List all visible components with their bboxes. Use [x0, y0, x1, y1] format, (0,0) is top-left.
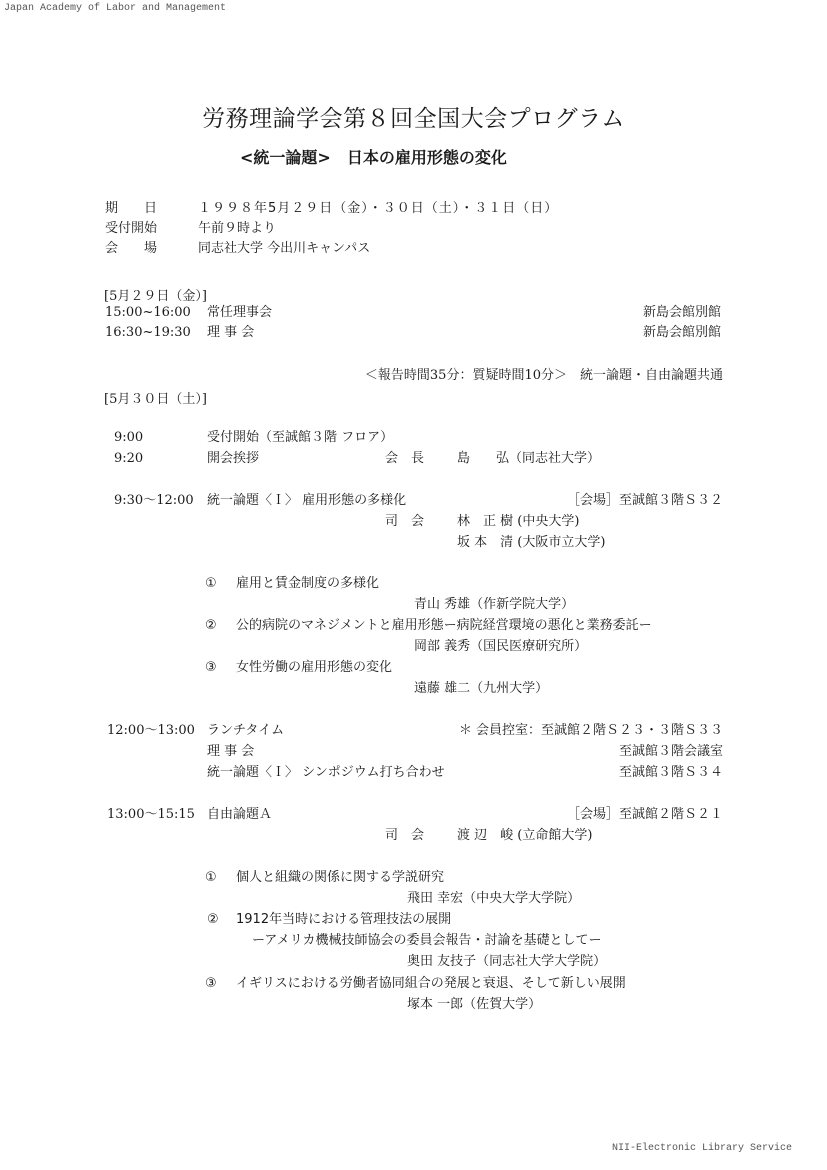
- paper-number: ③: [205, 976, 217, 992]
- opening-title: 開会挨拶: [207, 451, 259, 467]
- paper-title: 個人と組織の関係に関する学説研究: [236, 870, 444, 886]
- info-value-venue: 同志社大学 今出川キャンパス: [198, 241, 370, 257]
- page-title: 労務理論学会第８回全国大会プログラム: [0, 100, 827, 133]
- paper-author: 飛田 幸宏（中央大学大学院）: [407, 891, 580, 907]
- paper-title: 女性労働の雇用形態の変化: [236, 660, 392, 676]
- opening-person: 島 弘（同志社大学）: [457, 451, 600, 467]
- session2-venue: ［会場］至誠館２階Ｓ２１: [567, 807, 723, 823]
- paper-author: 奥田 友技子（同志社大学大学院）: [407, 954, 606, 970]
- report-time-note: ＜報告時間35分：質疑時間10分＞ 統一論題・自由論題共通: [365, 368, 723, 384]
- info-label-date: 期 日: [105, 201, 157, 217]
- paper-author: 遠藤 雄二（九州大学）: [414, 681, 548, 697]
- day1-event-time: 16:30~19:30: [105, 325, 191, 341]
- session1-time: 9:30～12:00: [114, 493, 194, 509]
- source-header: Japan Academy of Labor and Management: [4, 3, 226, 14]
- lunch-time: 12:00～13:00: [107, 723, 195, 739]
- paper-author: 岡部 義秀（国民医療研究所）: [414, 639, 587, 655]
- day1-event-time: 15:00~16:00: [105, 305, 191, 321]
- day1-event-place: 新島会館別館: [643, 305, 721, 321]
- day2-heading: [5月３０日（土）]: [104, 388, 207, 407]
- opening-time: 9:00: [114, 430, 143, 446]
- lunch-item-place: 至誠館３階会議室: [619, 744, 723, 760]
- opening-title: 受付開始（至誠館３階 フロア）: [207, 430, 393, 446]
- info-value-date: １９９８年5月２９日（金）・３０日（土）・３１日（日）: [198, 201, 558, 217]
- lunch-item-place: ＊ 会員控室：至誠館２階Ｓ２３・３階Ｓ３３: [459, 723, 723, 739]
- paper-title: 1912年当時における管理技法の展開: [236, 912, 451, 928]
- info-value-reception: 午前９時より: [198, 221, 276, 237]
- info-label-venue: 会 場: [105, 241, 157, 257]
- lunch-item-title: ランチタイム: [207, 723, 284, 739]
- opening-role: 会 長: [385, 451, 424, 467]
- session2-chair-label: 司 会: [385, 828, 424, 844]
- paper-number: ②: [205, 618, 217, 634]
- day1-heading: [5月２９日（金）]: [104, 285, 207, 304]
- page-subtitle: <統一論題> 日本の雇用形態の変化: [240, 145, 507, 168]
- paper-title: 雇用と賃金制度の多様化: [236, 576, 379, 592]
- session1-venue: ［会場］至誠館３階Ｓ３２: [567, 493, 723, 509]
- session2-chair: 渡 辺 峻 (立命館大学): [457, 828, 592, 844]
- session1-chair: 坂 本 清 (大阪市立大学): [457, 535, 605, 551]
- paper-title: 公的病院のマネジメントと雇用形態ー病院経営環境の悪化と業務委託ー: [236, 618, 652, 634]
- session1-title: 統一論題〈Ｉ〉 雇用形態の多様化: [207, 493, 406, 509]
- session2-title: 自由論題Ａ: [207, 807, 272, 823]
- paper-title: イギリスにおける労働者協同組合の発展と衰退、そして新しい展開: [236, 976, 626, 992]
- session1-chair-label: 司 会: [385, 514, 424, 530]
- day1-event-title: 理 事 会: [207, 325, 254, 341]
- session1-chair: 林 正 樹 (中央大学): [457, 514, 579, 530]
- paper-number: ③: [205, 660, 217, 676]
- day1-event-place: 新島会館別館: [643, 325, 721, 341]
- day1-event-title: 常任理事会: [207, 305, 272, 321]
- paper-number: ①: [205, 870, 217, 886]
- session2-time: 13:00～15:15: [107, 807, 195, 823]
- lunch-item-place: 至誠館３階Ｓ３４: [619, 765, 723, 781]
- paper-author: 青山 秀雄（作新学院大学）: [414, 597, 574, 613]
- paper-subtitle: ーアメリカ機械技師協会の委員会報告・討論を基礎としてー: [252, 933, 601, 949]
- lunch-item-title: 統一論題〈Ｉ〉 シンポジウム打ち合わせ: [207, 765, 445, 781]
- paper-author: 塚本 一郎（佐賀大学）: [407, 997, 541, 1013]
- service-footer: NII-Electronic Library Service: [612, 1143, 792, 1154]
- opening-time: 9:20: [114, 451, 143, 467]
- paper-number: ①: [205, 576, 217, 592]
- info-label-reception: 受付開始: [105, 221, 157, 237]
- lunch-item-title: 理 事 会: [207, 744, 254, 760]
- paper-number: ②: [207, 912, 219, 928]
